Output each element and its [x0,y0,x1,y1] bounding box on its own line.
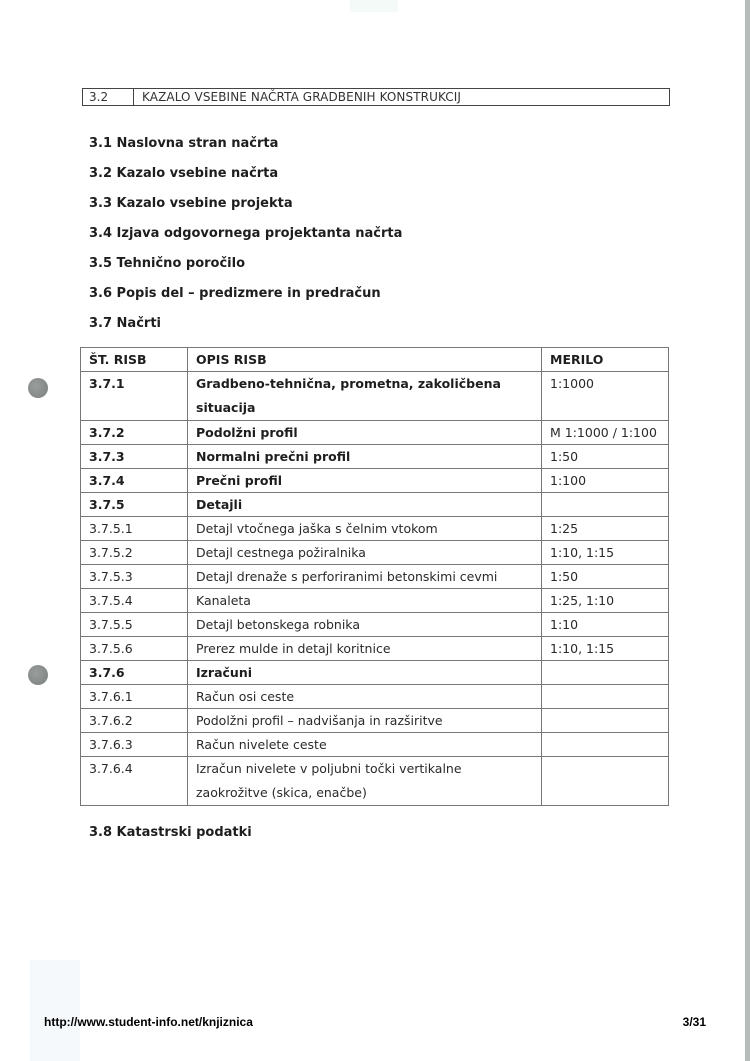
cell-description: Podolžni profil [188,421,542,445]
toc-list: 3.1 Naslovna stran načrta 3.2 Kazalo vse… [89,134,402,344]
section-header: 3.2 KAZALO VSEBINE NAČRTA GRADBENIH KONS… [82,88,670,106]
table-row: 3.7.6.1Račun osi ceste [81,685,669,709]
cell-number: 3.7.6.1 [81,685,188,709]
table-row: 3.7.6.2Podolžni profil – nadvišanja in r… [81,709,669,733]
cell-scale: M 1:1000 / 1:100 [542,421,669,445]
cell-number: 3.7.5.4 [81,589,188,613]
toc-item: 3.2 Kazalo vsebine načrta [89,164,402,194]
cell-scale: 1:50 [542,565,669,589]
table-row: 3.7.5Detajli [81,493,669,517]
cell-scale [542,661,669,685]
cell-description: Detajli [188,493,542,517]
cell-description: Prerez mulde in detajl koritnice [188,637,542,661]
column-header-scale: MERILO [542,348,669,372]
cell-number: 3.7.4 [81,469,188,493]
cell-scale: 1:25, 1:10 [542,589,669,613]
footer-url: http://www.student-info.net/knjiznica [44,1015,253,1029]
cell-scale: 1:50 [542,445,669,469]
cell-description: Normalni prečni profil [188,445,542,469]
cell-number: 3.7.6.3 [81,733,188,757]
cell-description: Detajl betonskega robnika [188,613,542,637]
page-number: 3/31 [683,1015,706,1029]
cell-description: Račun osi ceste [188,685,542,709]
toc-item: 3.7 Načrti [89,314,402,344]
toc-item-cadastral: 3.8 Katastrski podatki [89,825,252,840]
cell-scale: 1:25 [542,517,669,541]
punch-hole-icon [28,665,48,685]
section-number: 3.2 [83,89,134,105]
cell-description: Podolžni profil – nadvišanja in razširit… [188,709,542,733]
scan-artifact [350,0,398,12]
cell-scale: 1:1000 [542,372,669,421]
cell-description: Detajl drenaže s perforiranimi betonskim… [188,565,542,589]
page-edge-shadow [745,0,750,1061]
cell-number: 3.7.5.3 [81,565,188,589]
table-row: 3.7.5.3Detajl drenaže s perforiranimi be… [81,565,669,589]
toc-item: 3.6 Popis del – predizmere in predračun [89,284,402,314]
document-page: 3.2 KAZALO VSEBINE NAČRTA GRADBENIH KONS… [0,0,750,1061]
cell-number: 3.7.5.5 [81,613,188,637]
cell-number: 3.7.5.6 [81,637,188,661]
table-row: 3.7.4Prečni profil1:100 [81,469,669,493]
table-row: 3.7.5.5Detajl betonskega robnika1:10 [81,613,669,637]
cell-number: 3.7.6.2 [81,709,188,733]
table-row: 3.7.5.6Prerez mulde in detajl koritnice1… [81,637,669,661]
cell-scale: 1:10, 1:15 [542,541,669,565]
cell-scale [542,757,669,806]
toc-item: 3.3 Kazalo vsebine projekta [89,194,402,224]
cell-scale [542,685,669,709]
cell-scale: 1:10, 1:15 [542,637,669,661]
table-row: 3.7.6Izračuni [81,661,669,685]
cell-scale: 1:10 [542,613,669,637]
cell-number: 3.7.6.4 [81,757,188,806]
cell-description: Izračun nivelete v poljubni točki vertik… [188,757,542,806]
toc-item: 3.4 Izjava odgovornega projektanta načrt… [89,224,402,254]
scan-artifact [30,960,80,1061]
cell-description: Izračuni [188,661,542,685]
table-row: 3.7.3Normalni prečni profil1:50 [81,445,669,469]
punch-hole-icon [28,378,48,398]
table-row: 3.7.5.4Kanaleta1:25, 1:10 [81,589,669,613]
cell-description: Prečni profil [188,469,542,493]
cell-number: 3.7.5.2 [81,541,188,565]
table-header-row: ŠT. RISB OPIS RISB MERILO [81,348,669,372]
table-row: 3.7.6.4Izračun nivelete v poljubni točki… [81,757,669,806]
table-row: 3.7.6.3Račun nivelete ceste [81,733,669,757]
table-row: 3.7.5.1Detajl vtočnega jaška s čelnim vt… [81,517,669,541]
cell-description: Račun nivelete ceste [188,733,542,757]
table-row: 3.7.1Gradbeno-tehnična, prometna, zakoli… [81,372,669,421]
column-header-description: OPIS RISB [188,348,542,372]
cell-number: 3.7.5.1 [81,517,188,541]
cell-number: 3.7.5 [81,493,188,517]
cell-scale [542,709,669,733]
table-row: 3.7.2Podolžni profilM 1:1000 / 1:100 [81,421,669,445]
cell-number: 3.7.1 [81,372,188,421]
drawings-table: ŠT. RISB OPIS RISB MERILO 3.7.1Gradbeno-… [80,347,669,806]
cell-number: 3.7.2 [81,421,188,445]
cell-description: Detajl cestnega požiralnika [188,541,542,565]
cell-description: Gradbeno-tehnična, prometna, zakoličbena… [188,372,542,421]
cell-number: 3.7.6 [81,661,188,685]
cell-description: Detajl vtočnega jaška s čelnim vtokom [188,517,542,541]
toc-item: 3.1 Naslovna stran načrta [89,134,402,164]
cell-description: Kanaleta [188,589,542,613]
table-body: 3.7.1Gradbeno-tehnična, prometna, zakoli… [81,372,669,806]
cell-scale [542,493,669,517]
section-title: KAZALO VSEBINE NAČRTA GRADBENIH KONSTRUK… [134,90,461,104]
cell-number: 3.7.3 [81,445,188,469]
cell-scale [542,733,669,757]
table-row: 3.7.5.2Detajl cestnega požiralnika1:10, … [81,541,669,565]
column-header-number: ŠT. RISB [81,348,188,372]
cell-scale: 1:100 [542,469,669,493]
toc-item: 3.5 Tehnično poročilo [89,254,402,284]
